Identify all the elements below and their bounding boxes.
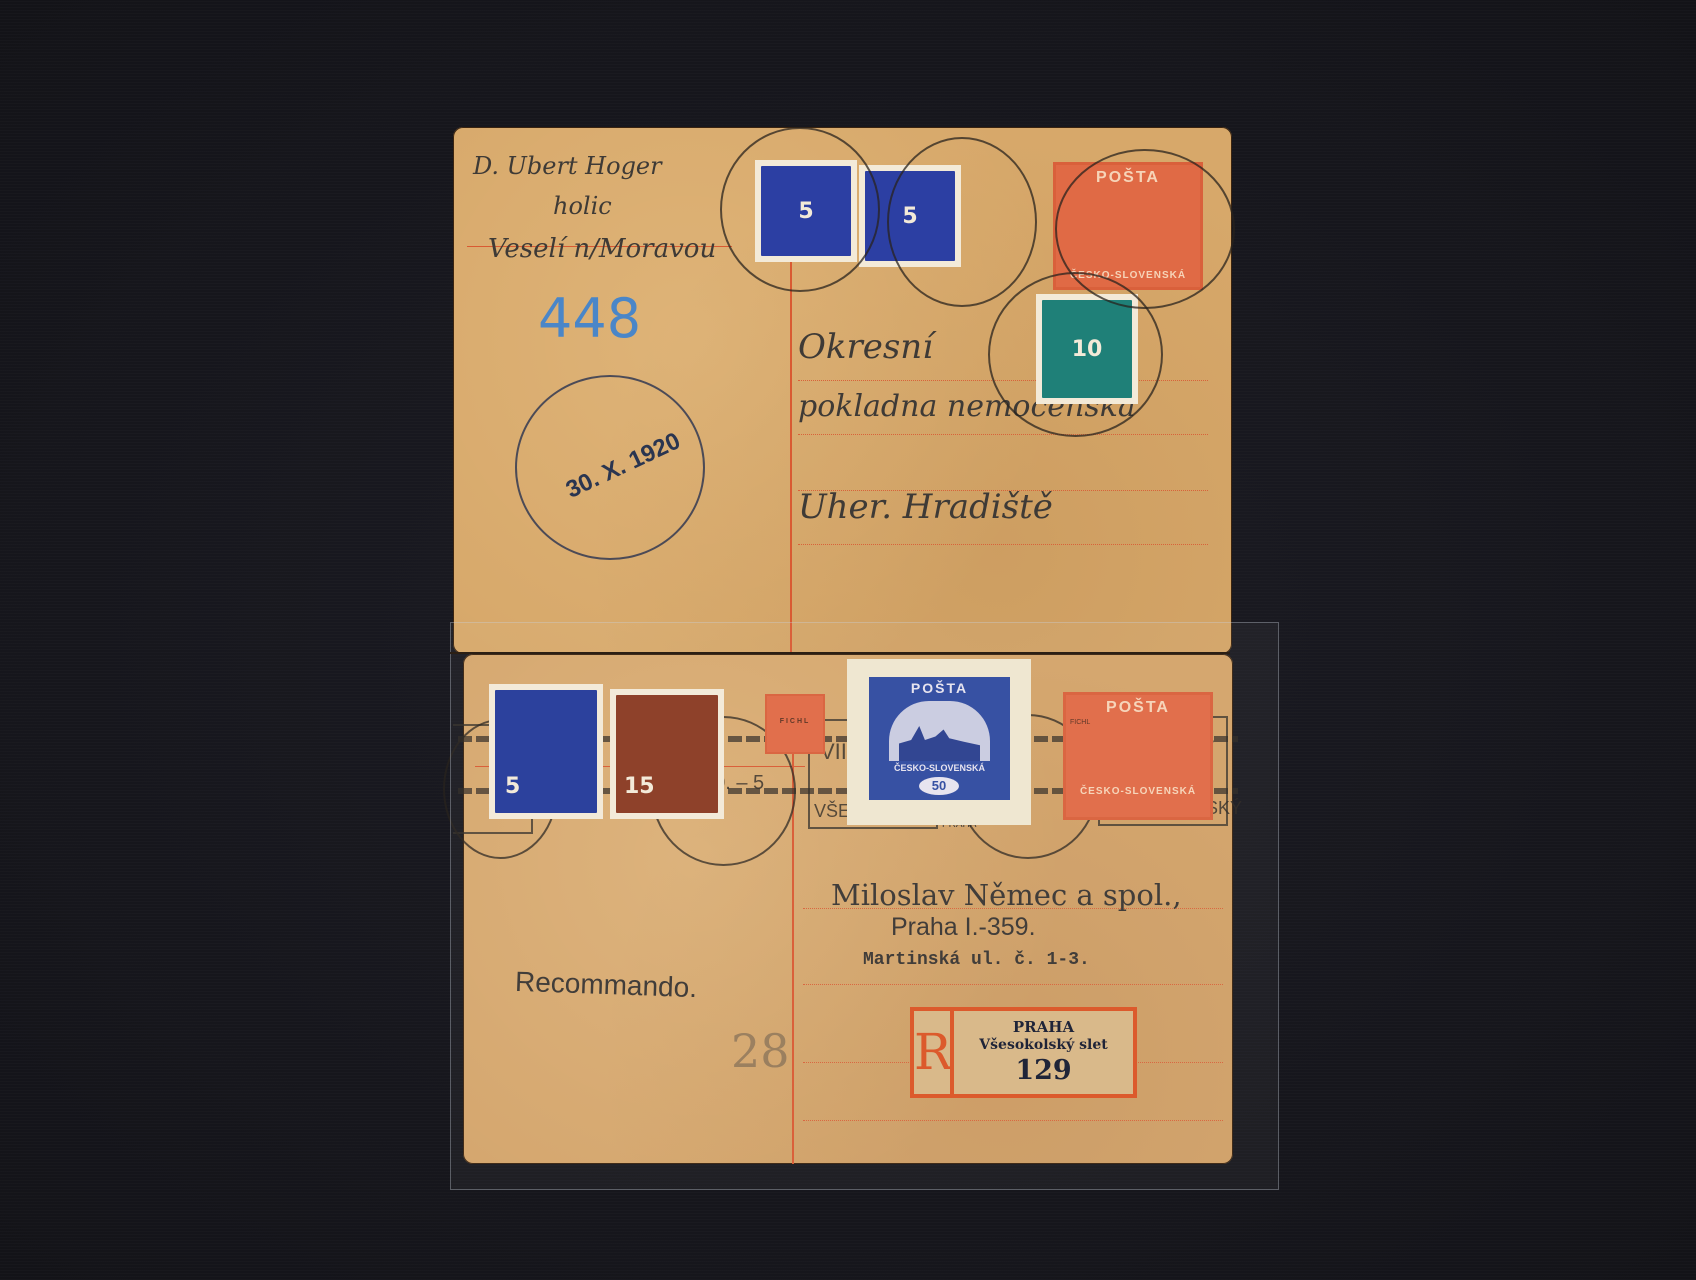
stamp-dove-15-brown: 15: [610, 689, 724, 819]
registration-office: PRAHA: [954, 1018, 1133, 1036]
registration-letter: R: [914, 1011, 954, 1094]
address-line-1: Okresní: [798, 327, 933, 367]
sender-name: D. Ubert Hoger: [473, 152, 662, 180]
sleeve-fold: [450, 652, 1230, 654]
postmark-veseli: [887, 137, 1037, 307]
registration-label: R PRAHA Všesokolský slet 129: [910, 1007, 1137, 1098]
stamp-top-text: POŠTA: [869, 680, 1010, 696]
stamp-value: 15: [624, 774, 655, 799]
registration-event: Všesokolský slet: [954, 1037, 1133, 1053]
recipient-city: Praha I.-359.: [891, 913, 1036, 942]
blue-number: 448: [538, 287, 641, 350]
recommando-stamp: Recommando.: [514, 966, 697, 1004]
recipient-street: Martinská ul. č. 1-3.: [863, 950, 1090, 970]
registration-number: 129: [954, 1055, 1133, 1086]
imprinted-stamp-hradcany: POŠTA FICHL ČESKO-SLOVENSKÁ: [1063, 692, 1213, 820]
address-line: [798, 544, 1208, 545]
sender-occupation: holic: [553, 192, 612, 220]
postcard-top: D. Ubert Hoger holic Veselí n/Moravou 44…: [453, 127, 1232, 654]
receipt-postmark-date: 30. X. 1920: [562, 427, 685, 504]
stamp-value: 50: [919, 777, 959, 795]
address-line: [798, 434, 1208, 435]
postmark-veseli: [988, 272, 1163, 437]
stamp-design: POŠTA ČESKO-SLOVENSKÁ 50: [869, 677, 1010, 800]
imprint-top-text: POŠTA: [1066, 699, 1210, 717]
address-line: [803, 1120, 1223, 1121]
castle-silhouette: [899, 726, 980, 761]
receipt-postmark: 30. X. 1920: [515, 375, 705, 560]
address-line-3: Uher. Hradiště: [798, 487, 1053, 527]
castle-vignette: [889, 701, 990, 761]
address-line: [803, 984, 1223, 985]
stamp-value: 5: [505, 774, 520, 799]
address-divider-line: [792, 754, 794, 1164]
address-divider-line: [790, 247, 792, 654]
imprint-label: FICHL: [1070, 719, 1090, 726]
sender-town: Veselí n/Moravou: [488, 234, 716, 264]
imprinted-stamp-lion: FICHL: [765, 694, 825, 754]
stamp-hradcany-50-blue: POŠTA ČESKO-SLOVENSKÁ 50: [847, 659, 1031, 825]
postmark-veseli: [720, 127, 880, 292]
stamp-dove-5-blue: 5: [489, 684, 603, 819]
stamp-bottom-text: ČESKO-SLOVENSKÁ: [869, 763, 1010, 773]
imprint-label: FICHL: [767, 718, 823, 725]
recipient-name: Miloslav Němec a spol.,: [831, 878, 1182, 912]
imprint-bottom-text: ČESKO-SLOVENSKÁ: [1066, 786, 1210, 797]
pencil-note: 28: [731, 1024, 790, 1078]
